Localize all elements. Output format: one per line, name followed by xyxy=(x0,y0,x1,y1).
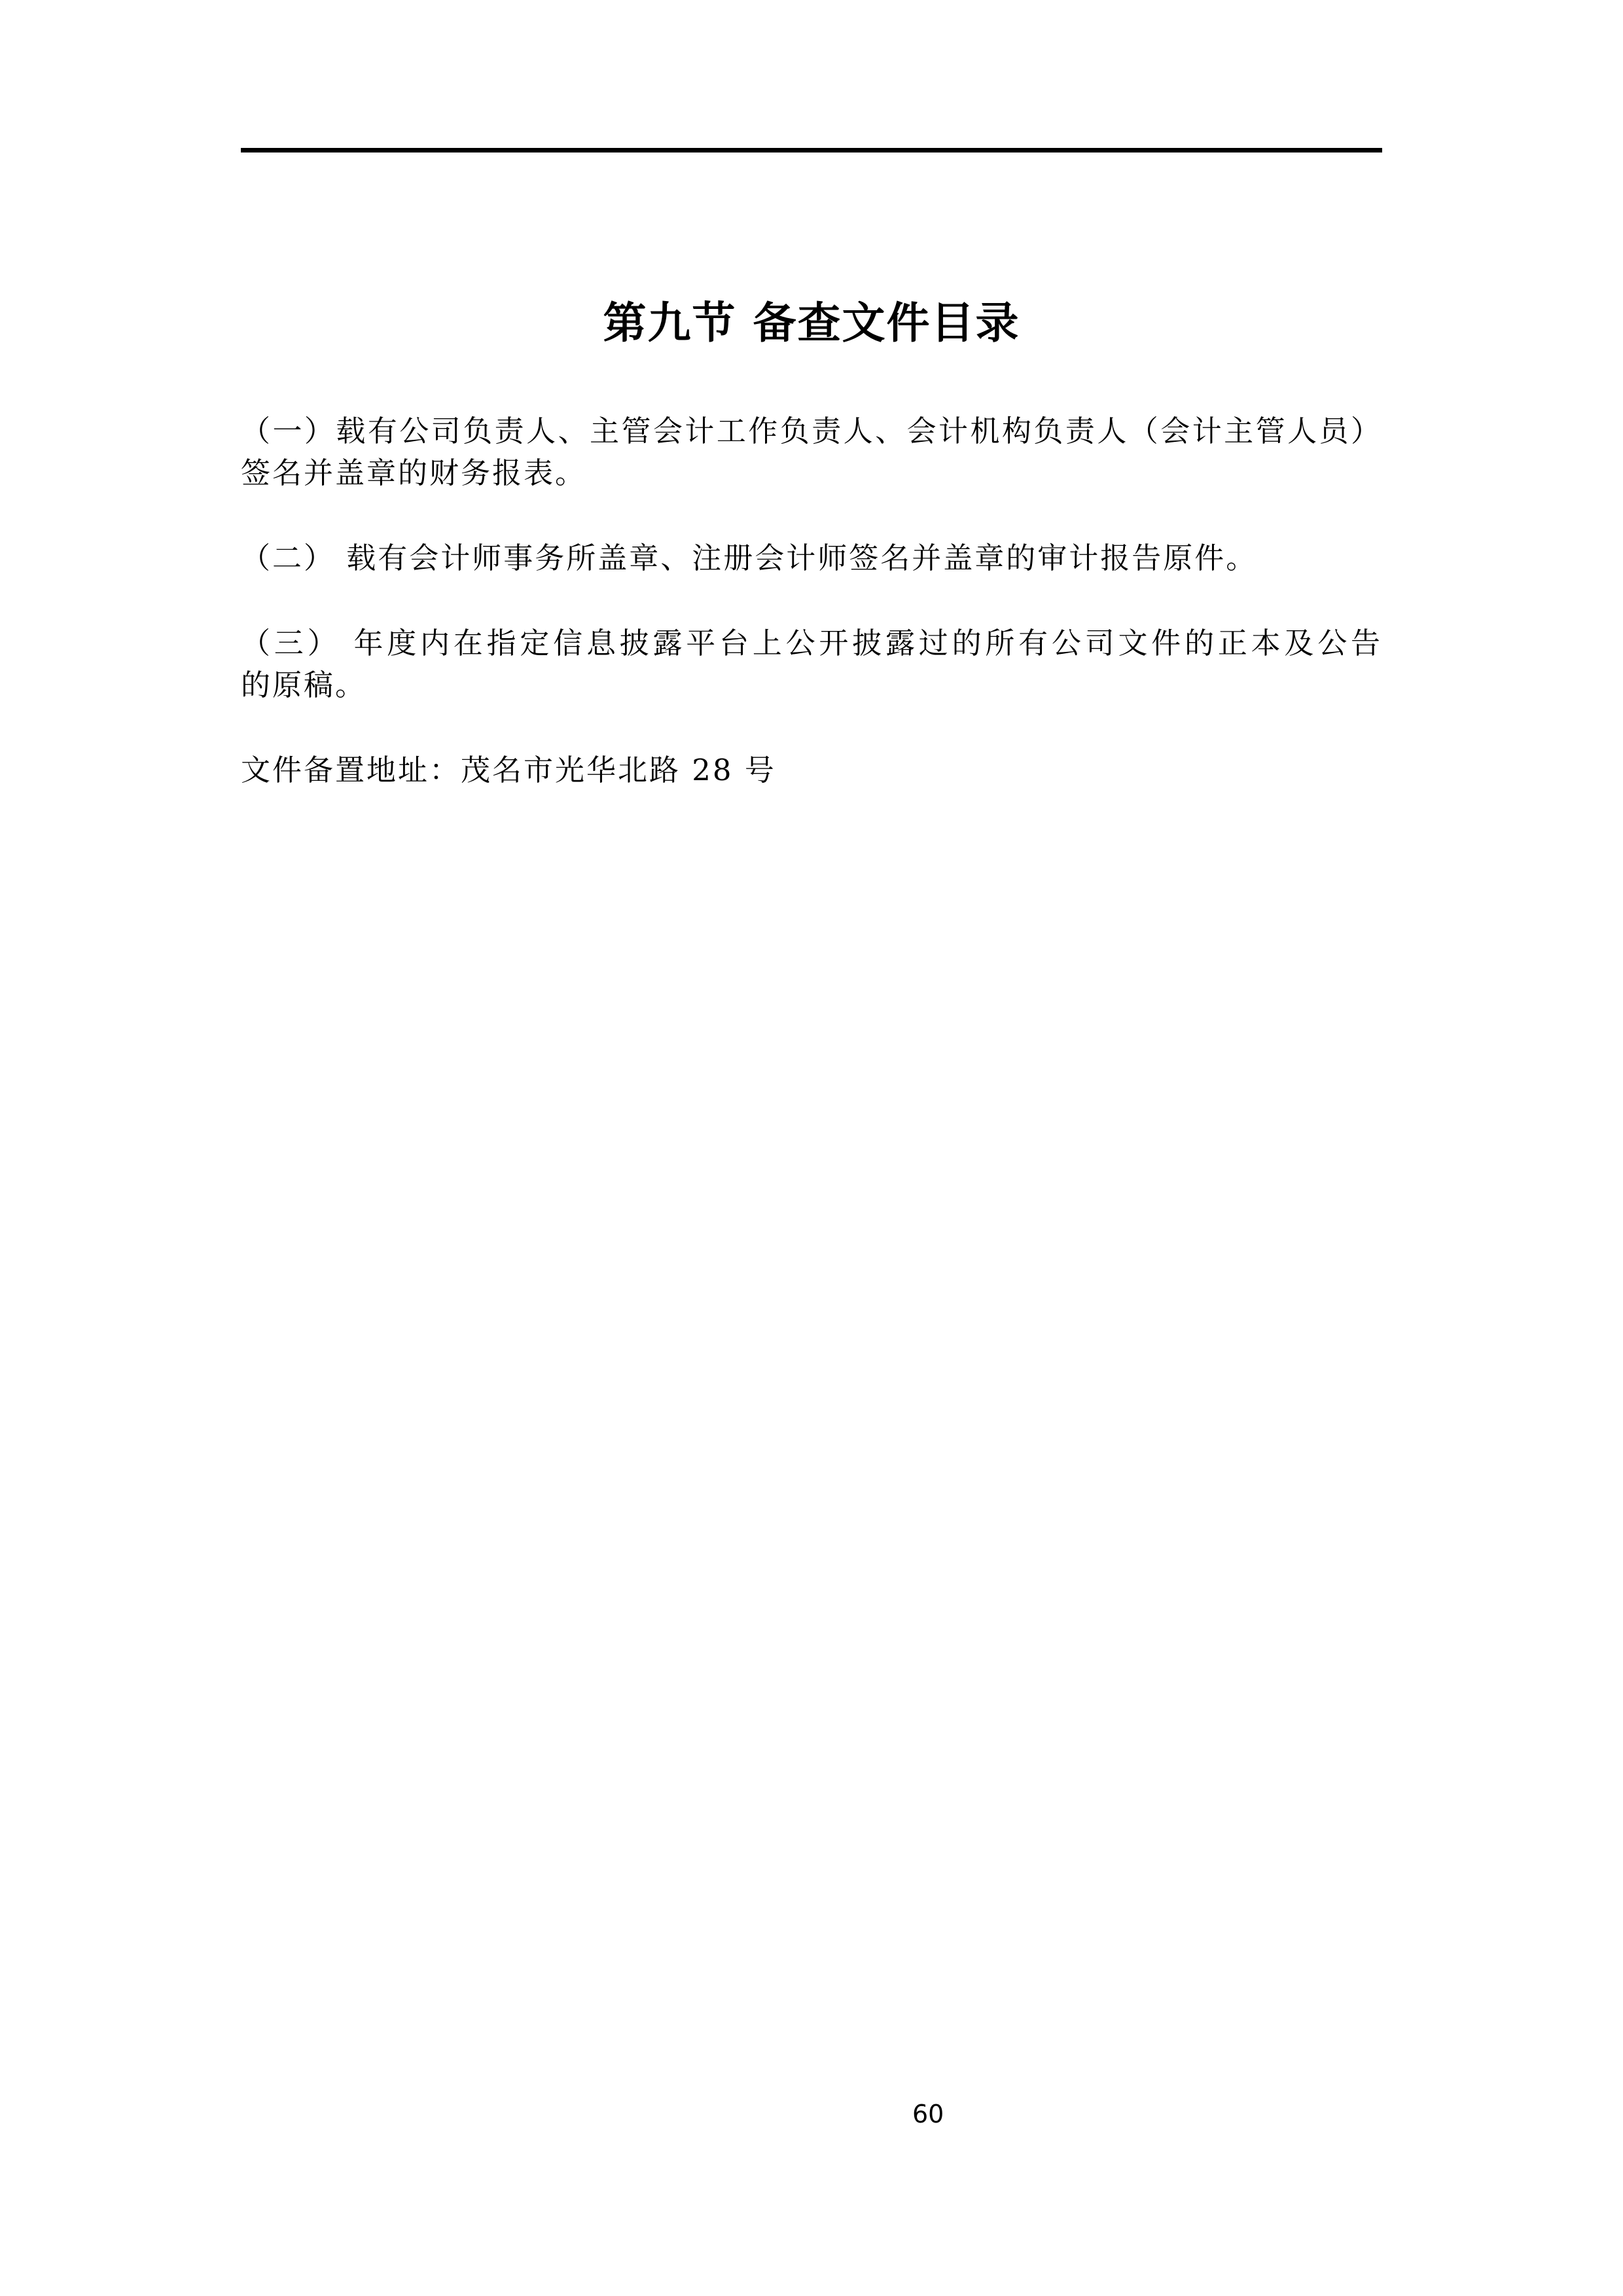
document-page: 第九节 备查文件目录 （一）载有公司负责人、主管会计工作负责人、会计机构负责人（… xyxy=(0,0,1623,2296)
paragraph-line: （三） 年度内在指定信息披露平台上公开披露过的所有公司文件的正本及公告 xyxy=(241,622,1382,664)
paragraph-line: 签名并盖章的财务报表。 xyxy=(241,452,1382,494)
paragraph-line: 文件备置地址：茂名市光华北路 28 号 xyxy=(241,749,1382,791)
page-number: 60 xyxy=(912,2100,944,2128)
section-title: 第九节 备查文件目录 xyxy=(0,302,1623,345)
paragraph-item-3: （三） 年度内在指定信息披露平台上公开披露过的所有公司文件的正本及公告 的原稿。 xyxy=(241,622,1382,706)
filing-address-line: 文件备置地址：茂名市光华北路 28 号 xyxy=(241,749,1382,791)
document-body: （一）载有公司负责人、主管会计工作负责人、会计机构负责人（会计主管人员） 签名并… xyxy=(241,410,1382,834)
header-divider-rule xyxy=(241,148,1382,152)
paragraph-line: （二） 载有会计师事务所盖章、注册会计师签名并盖章的审计报告原件。 xyxy=(241,537,1382,579)
paragraph-line: （一）载有公司负责人、主管会计工作负责人、会计机构负责人（会计主管人员） xyxy=(241,410,1382,452)
paragraph-item-1: （一）载有公司负责人、主管会计工作负责人、会计机构负责人（会计主管人员） 签名并… xyxy=(241,410,1382,494)
paragraph-item-2: （二） 载有会计师事务所盖章、注册会计师签名并盖章的审计报告原件。 xyxy=(241,537,1382,579)
paragraph-line: 的原稿。 xyxy=(241,664,1382,706)
